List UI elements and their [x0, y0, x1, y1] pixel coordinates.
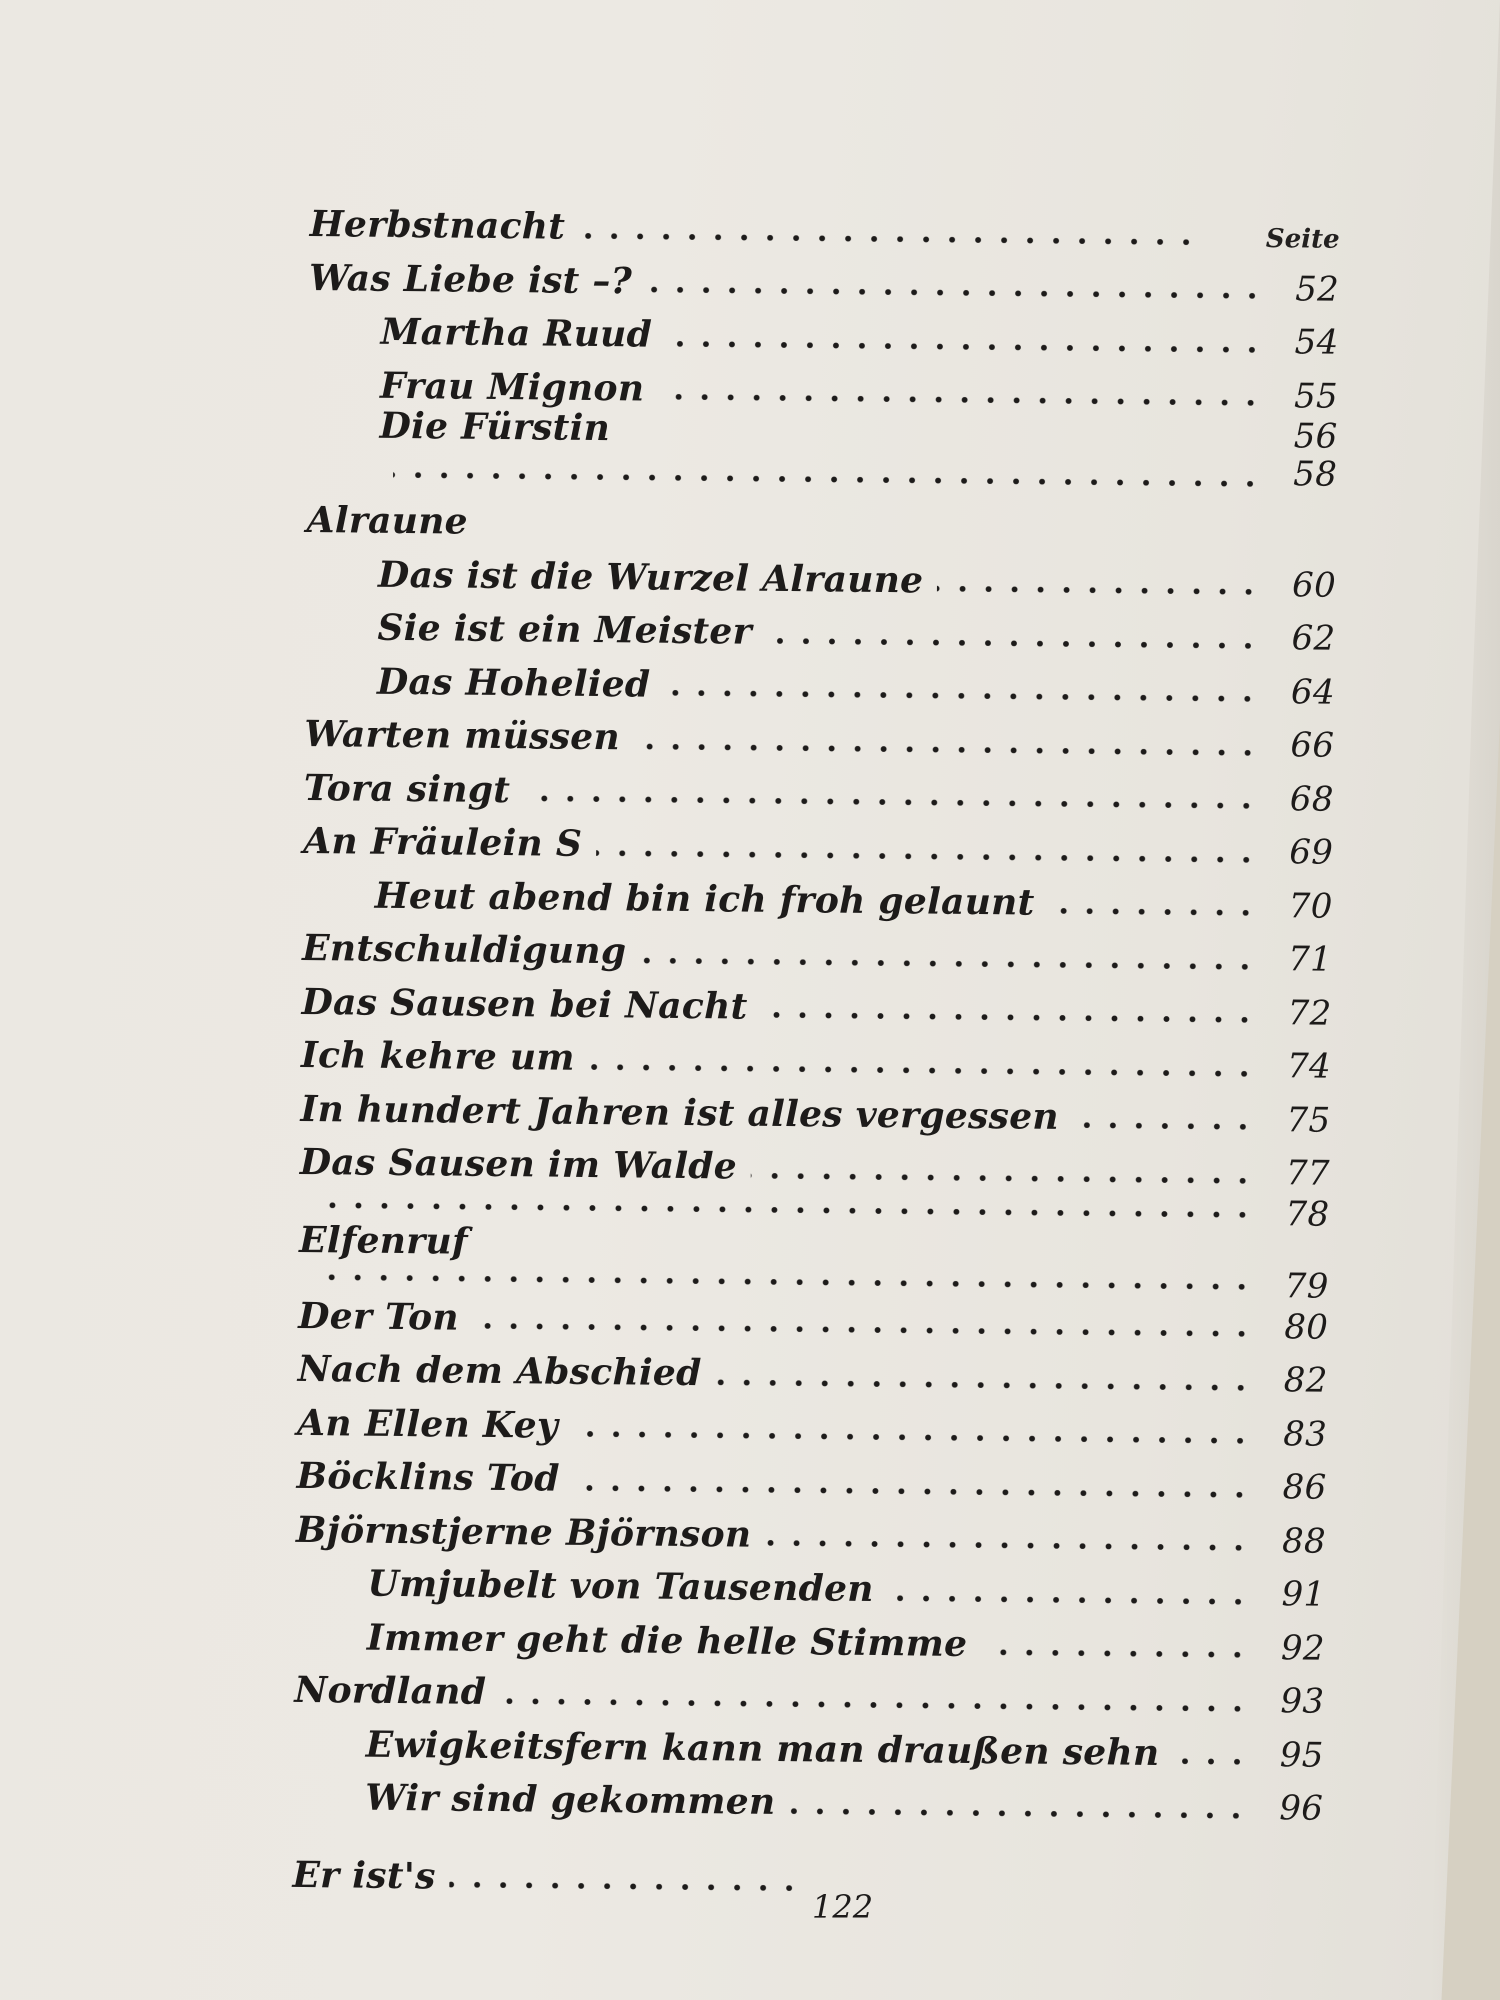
toc-entry: Das Sausen im Walde77 [300, 1136, 1331, 1200]
entry-page: 75 [1270, 1094, 1331, 1148]
dot-leader [579, 233, 1200, 245]
entry-page: 86 [1266, 1461, 1327, 1515]
dot-leader [789, 1808, 1249, 1819]
dot-leader [1173, 1758, 1249, 1765]
dot-leader [482, 528, 1263, 542]
entry-page: 77 [1270, 1147, 1331, 1201]
toc-entry: Er ist's [292, 1848, 1323, 1912]
dot-leader [473, 1323, 1254, 1337]
dot-leader [450, 1882, 803, 1892]
entry-title: Der Ton [298, 1289, 459, 1344]
entry-title: Das Hohelied [377, 655, 651, 711]
entry-page: 83 [1267, 1408, 1328, 1462]
dot-leader [666, 340, 1264, 352]
entry-page: 74 [1271, 1040, 1332, 1094]
entry-title: Entschuldigung [302, 922, 627, 979]
entry-page [1269, 1262, 1329, 1263]
entry-title: Das ist die Wurzel Alraune [378, 548, 924, 607]
entry-page: 93 [1264, 1675, 1325, 1729]
entry-page: 92 [1265, 1622, 1326, 1676]
entry-title: Warten müssen [304, 708, 620, 765]
dot-leader [500, 1698, 1250, 1712]
dot-leader [981, 1649, 1251, 1658]
entry-title: Alraune [306, 494, 468, 549]
dot-leader [664, 690, 1261, 702]
entry-page: 95 [1263, 1729, 1324, 1783]
dot-leader [761, 1012, 1257, 1023]
dot-leader [646, 287, 1265, 299]
dot-leader [596, 850, 1259, 863]
entry-title: Das Sausen im Walde [300, 1136, 738, 1194]
entry-title: Umjubelt von Tausenden [367, 1558, 874, 1617]
entry-title: An Ellen Key [297, 1396, 559, 1452]
entry-title: Das Sausen bei Nacht [301, 975, 748, 1033]
entry-page: 91 [1265, 1568, 1326, 1622]
entry-page: 70 [1272, 880, 1333, 934]
dot-leader [715, 1379, 1253, 1391]
toc-entry: Wir sind gekommen96 [293, 1771, 1324, 1835]
dot-leader [937, 586, 1262, 595]
entry-title: Wir sind gekommen [365, 1772, 776, 1830]
entry-page: 58 [1277, 448, 1338, 502]
entry-title: Ich kehre um [301, 1029, 575, 1085]
entry-page: 96 [1263, 1782, 1324, 1836]
entry-page [1262, 1897, 1322, 1898]
dot-leader [589, 1064, 1257, 1077]
dot-leader [393, 472, 1263, 487]
dot-leader [572, 1431, 1253, 1444]
entry-page: 88 [1266, 1515, 1327, 1569]
entry-title: Sie ist ein Meister [377, 602, 752, 659]
entry-page: 54 [1278, 316, 1339, 370]
entry-title: Nach dem Abschied [297, 1343, 701, 1401]
entry-title: Herbstnacht [309, 198, 565, 254]
entry-title: Was Liebe ist –? [309, 251, 632, 308]
page-number: 122 [812, 1888, 873, 1926]
entry-page: 69 [1273, 826, 1334, 880]
dot-leader [1048, 908, 1258, 916]
entry-page [1276, 542, 1336, 543]
dot-leader [640, 957, 1258, 969]
entry-page: 71 [1272, 933, 1333, 987]
dot-leader [658, 394, 1264, 406]
entry-page: 52 [1279, 263, 1340, 317]
dot-leader [482, 1246, 1255, 1260]
page-column-label: Seite [1266, 224, 1340, 255]
entry-title: Elfenruf [299, 1217, 468, 1263]
dot-leader [888, 1595, 1252, 1605]
dot-leader [524, 796, 1260, 810]
dot-leader [765, 1540, 1252, 1551]
dot-leader [1073, 1122, 1257, 1130]
dot-leader [313, 1202, 1255, 1218]
entry-page: 60 [1276, 559, 1337, 613]
entry-title: Björnstjerne Björnson [296, 1503, 752, 1561]
entry-page: 64 [1275, 666, 1336, 720]
entry-title: Immer geht die helle Stimme [367, 1611, 968, 1671]
entry-page: 80 [1268, 1301, 1329, 1355]
entry-title: Böcklins Tod [296, 1450, 560, 1506]
entry-page: 68 [1273, 773, 1334, 827]
entry-title: Die Fürstin [379, 413, 610, 441]
entry-title: Tora singt [304, 761, 511, 817]
dot-leader [766, 638, 1262, 649]
entry-title: Martha Ruud [380, 306, 652, 362]
entry-title: Nordland [294, 1664, 486, 1720]
entry-page: 82 [1267, 1354, 1328, 1408]
dot-leader [751, 1172, 1256, 1183]
table-of-contents: Seite Herbstnacht Was Liebe ist –?52 Mar… [292, 198, 1340, 1913]
book-page: Seite Herbstnacht Was Liebe ist –?52 Mar… [0, 0, 1500, 2000]
entry-title: Er ist's [292, 1848, 436, 1903]
entry-title: Heut abend bin ich froh gelaunt [374, 869, 1034, 929]
entry-page: 79 [1269, 1272, 1329, 1301]
entry-page: 72 [1271, 987, 1332, 1041]
entry-title: An Fräulein S [303, 815, 582, 871]
entry-page: 66 [1274, 719, 1335, 773]
dot-leader [574, 1485, 1253, 1498]
entry-title: Ewigkeitsfern kann man draußen sehn [366, 1718, 1160, 1780]
entry-page: 56 [1277, 423, 1337, 450]
entry-page: 78 [1269, 1200, 1329, 1229]
dot-leader [313, 1274, 1255, 1290]
entry-title: In hundert Jahren ist alles vergessen [300, 1082, 1059, 1143]
entry-page: 62 [1275, 612, 1336, 666]
dot-leader [634, 743, 1260, 756]
